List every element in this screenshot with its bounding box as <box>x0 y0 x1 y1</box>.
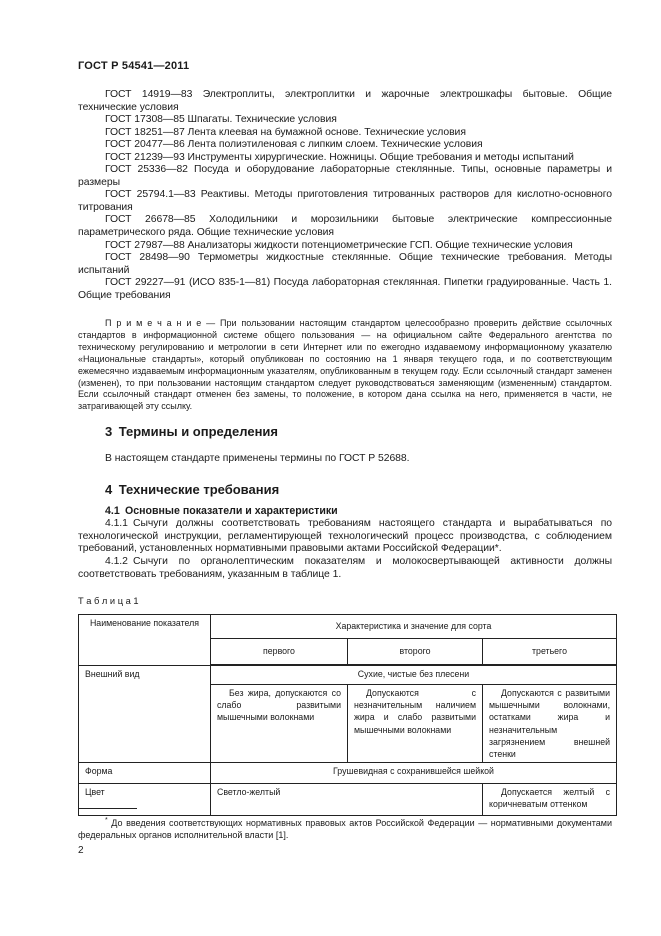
shape-common-value: Грушевидная с сохранившейся шейкой <box>211 763 617 784</box>
color-grades-first-second: Светло-желтый <box>211 784 483 816</box>
column-header-span: Характеристика и значение для сорта <box>211 615 617 639</box>
color-grade-third: Допускается желтый с коричневатым оттенк… <box>483 784 617 816</box>
reference-item: ГОСТ 17308—85 Шпагаты. Технические услов… <box>78 114 612 127</box>
note-paragraph: П р и м е ч а н и е — При пользовании на… <box>78 318 612 413</box>
reference-item: ГОСТ 25336—82 Посуда и оборудование лабо… <box>78 164 612 189</box>
reference-item: ГОСТ 14919—83 Электроплиты, электроплитк… <box>78 89 612 114</box>
section-4-1-subheading: 4.1 Основные показатели и характеристики <box>78 505 612 517</box>
section-3-body: В настоящем стандарте применены термины … <box>78 453 612 466</box>
table-row-color: Цвет Светло-желтый Допускается желтый с … <box>79 784 617 816</box>
row-label-shape: Форма <box>79 763 211 784</box>
reference-item: ГОСТ 21239—93 Инструменты хирургические.… <box>78 152 612 165</box>
references-list: ГОСТ 14919—83 Электроплиты, электроплитк… <box>78 89 612 302</box>
reference-item: ГОСТ 20477—86 Лента полиэтиленовая с лип… <box>78 139 612 152</box>
paragraph-4-1-2: 4.1.2 Сычуги по органолептическим показа… <box>78 556 612 581</box>
row-label-appearance: Внешний вид <box>79 665 211 763</box>
table-caption: Т а б л и ц а 1 <box>78 596 139 606</box>
table-row-appearance: Внешний вид Сухие, чистые без плесени <box>79 665 617 685</box>
doc-header: ГОСТ Р 54541—2011 <box>78 60 189 72</box>
appearance-grade-second: Допускаются с незначительным наличием жи… <box>348 685 483 763</box>
footnote-text: До введения соответствующих нормативных … <box>78 818 612 840</box>
section-4-heading: 4 Технические требования <box>78 482 612 497</box>
reference-item: ГОСТ 28498—90 Термометры жидкостные стек… <box>78 252 612 277</box>
note-block: П р и м е ч а н и е — При пользовании на… <box>78 318 612 413</box>
reference-item: ГОСТ 25794.1—83 Реактивы. Методы пригото… <box>78 189 612 214</box>
appearance-grade-third: Допускаются с развитыми мышечными волокн… <box>483 685 617 763</box>
document-page: ГОСТ Р 54541—2011 ГОСТ 14919—83 Электроп… <box>0 0 661 936</box>
reference-item: ГОСТ 27987—88 Анализаторы жидкости потен… <box>78 240 612 253</box>
grade-header-first: первого <box>211 639 348 666</box>
column-header-name: Наименование показателя <box>79 615 211 666</box>
grade-header-third: третьего <box>483 639 617 666</box>
appearance-common-value: Сухие, чистые без плесени <box>211 665 617 685</box>
paragraph-4-1-1: 4.1.1 Сычуги должны соответствовать треб… <box>78 518 612 556</box>
table-header-row: Наименование показателя Характеристика и… <box>79 615 617 639</box>
table-row-shape: Форма Грушевидная с сохранившейся шейкой <box>79 763 617 784</box>
requirements-table: Наименование показателя Характеристика и… <box>78 614 617 816</box>
reference-item: ГОСТ 18251—87 Лента клеевая на бумажной … <box>78 127 612 140</box>
reference-item: ГОСТ 26678—85 Холодильники и морозильник… <box>78 214 612 239</box>
footnote-paragraph: * До введения соответствующих нормативны… <box>78 815 612 842</box>
footnote-divider <box>78 808 137 809</box>
row-label-color: Цвет <box>79 784 211 816</box>
page-number: 2 <box>78 845 84 856</box>
footnote-block: * До введения соответствующих нормативны… <box>78 815 612 842</box>
grade-header-second: второго <box>348 639 483 666</box>
section-3-heading: 3 Термины и определения <box>78 424 612 439</box>
appearance-grade-first: Без жира, допускаются со слабо развитыми… <box>211 685 348 763</box>
reference-item: ГОСТ 29227—91 (ИСО 835-1—81) Посуда лабо… <box>78 277 612 302</box>
